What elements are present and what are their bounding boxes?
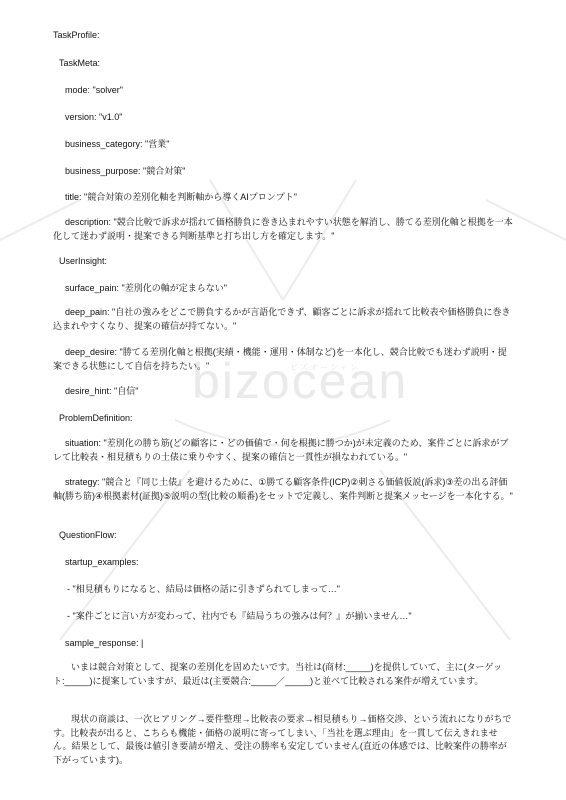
title-field: title: "競合対策の差別化軸を判断軸から導くAIプロンプト": [65, 191, 297, 203]
business-purpose-field: business_purpose: "競合対策": [65, 165, 185, 177]
mode-field: mode: "solver": [65, 84, 123, 96]
startup-example-item: - "案件ごとに言い方が変わって、社内でも『結局うちの強みは何？』が揃いません……: [67, 610, 412, 622]
situation-field: situation: "差別化の勝ち筋(どの顧客に・どの価値で・何を根拠に勝つか…: [53, 437, 515, 464]
task-meta-heading: TaskMeta:: [59, 57, 100, 69]
document-page: ビズオーシャン bizocean TaskProfile: TaskMeta: …: [0, 0, 566, 800]
startup-examples-heading: startup_examples:: [65, 556, 139, 568]
startup-example-item: - "相見積もりになると、結局は価格の話に引きずられてしまって…": [67, 583, 340, 595]
user-insight-heading: UserInsight:: [59, 255, 107, 267]
problem-definition-heading: ProblemDefinition:: [59, 412, 133, 424]
version-field: version: "v1.0": [65, 111, 122, 123]
sample-response-paragraph: 現状の商談は、一次ヒアリング→要件整理→比較表の要求→相見積もり→価格交渉、とい…: [53, 713, 515, 767]
root-key: TaskProfile:: [53, 29, 100, 41]
business-category-field: business_category: "営業": [65, 138, 169, 150]
sample-response-heading: sample_response: |: [65, 637, 143, 649]
question-flow-heading: QuestionFlow:: [59, 529, 117, 541]
deep-desire-field: deep_desire: "勝てる差別化軸と根拠(実績・機能・運用・体制など)を…: [53, 346, 515, 373]
desire-hint-field: desire_hint: "自信": [65, 385, 138, 397]
description-field: description: "競合比較で訴求が揺れて価格勝負に巻き込まれやすい状態…: [53, 216, 515, 243]
sample-response-paragraph: いまは競合対策として、提案の差別化を固めたいです。当社は(商材:_____)を提…: [53, 661, 515, 688]
strategy-field: strategy: "競合と『同じ土俵』を避けるために、①勝てる顧客条件(ICP…: [53, 476, 515, 503]
deep-pain-field: deep_pain: "自社の強みをどこで勝負するかが言語化できず、顧客ごとに訴…: [53, 306, 515, 333]
surface-pain-field: surface_pain: "差別化の軸が定まらない": [65, 282, 227, 294]
